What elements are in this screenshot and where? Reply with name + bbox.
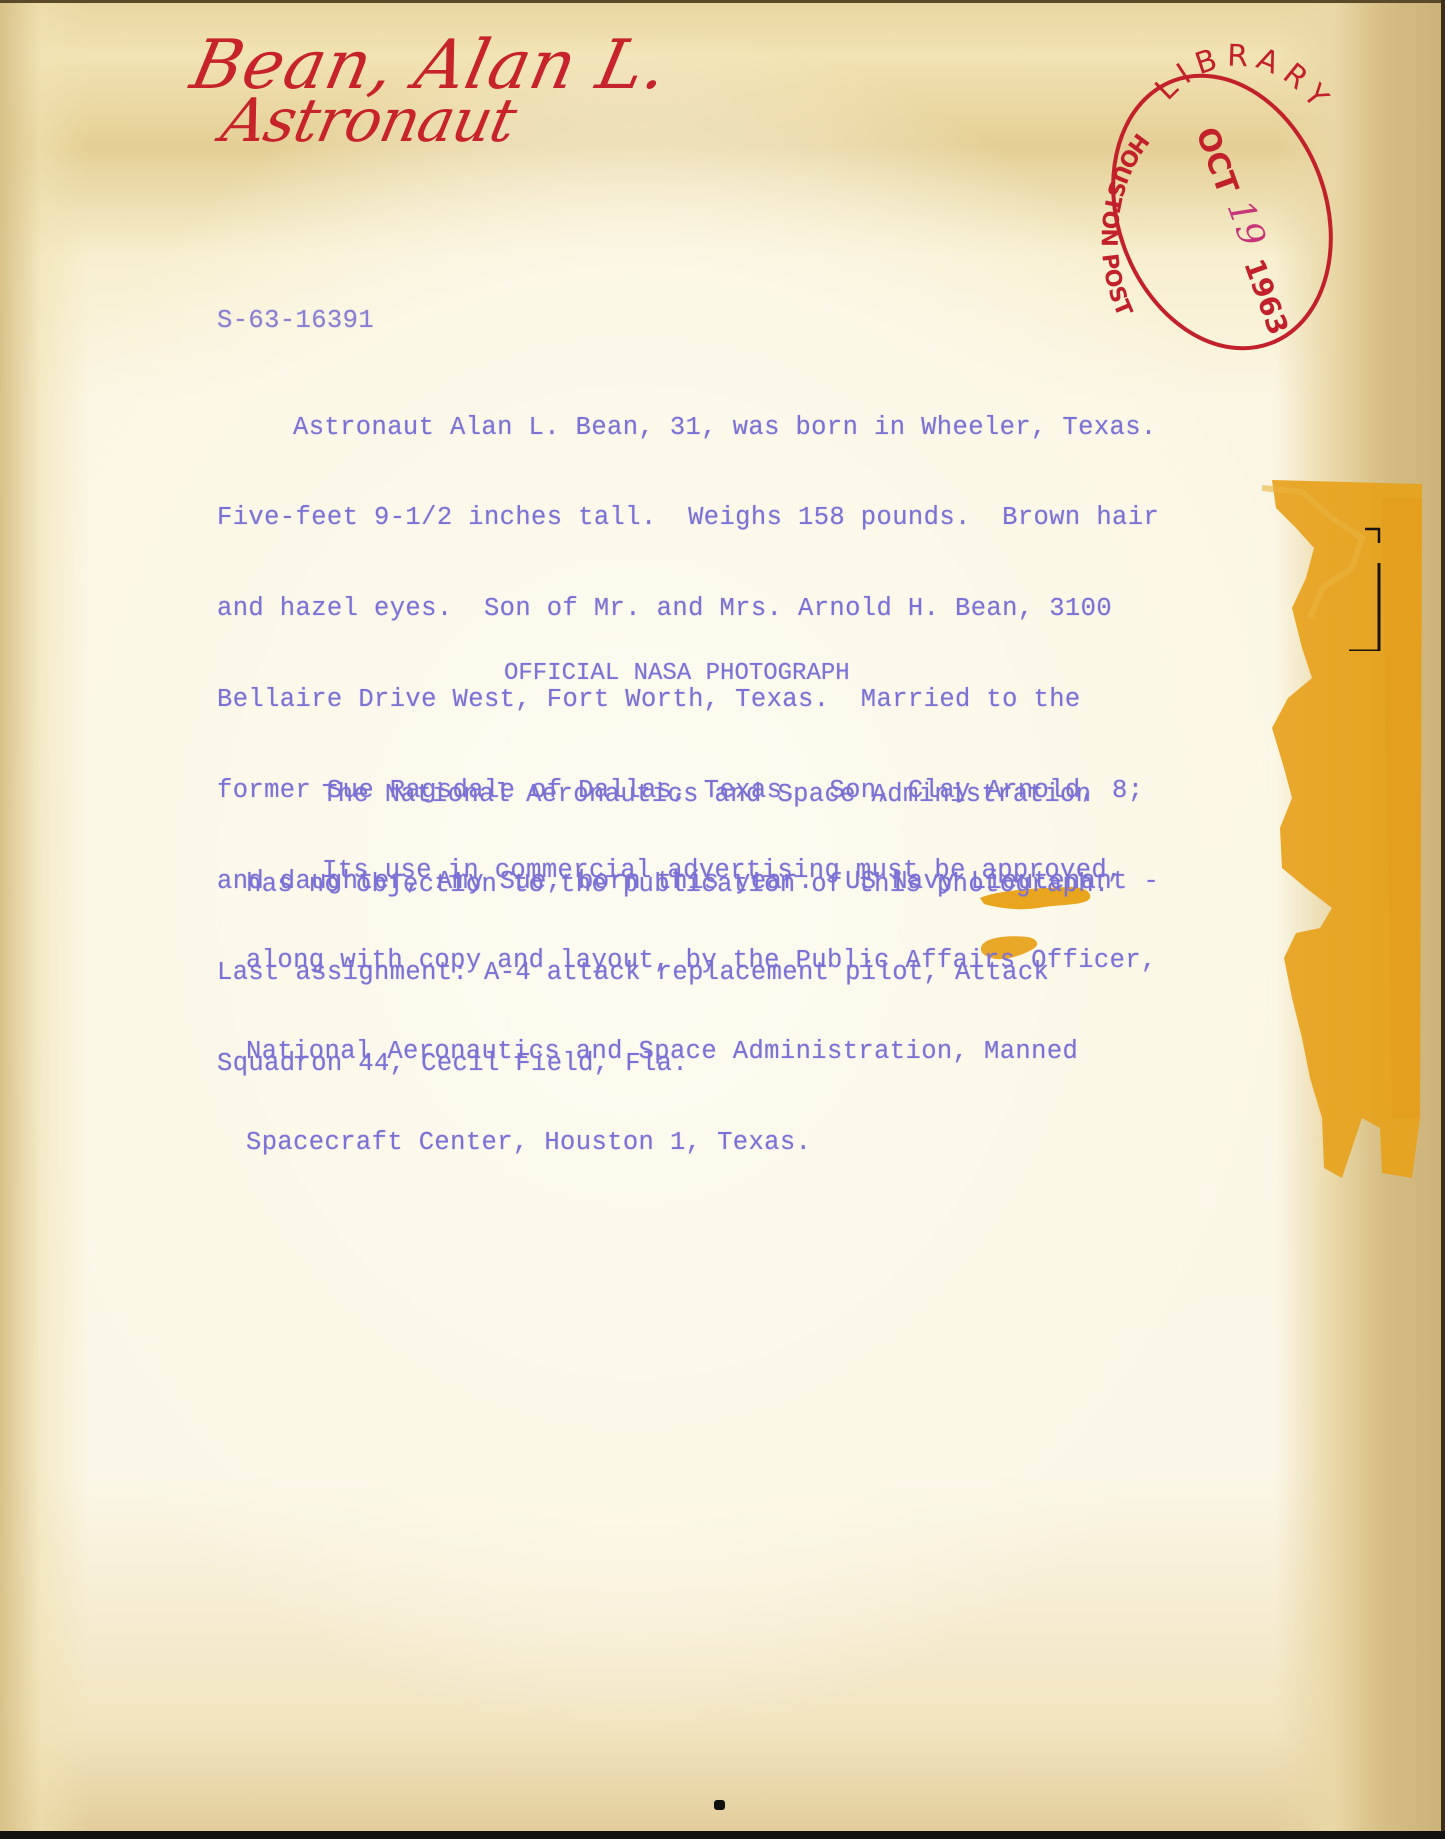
bio-line: and hazel eyes. Son of Mr. and Mrs. Arno… xyxy=(217,594,1159,624)
paper-aging-left-edge xyxy=(0,0,90,1839)
photo-reference-number: S-63-16391 xyxy=(217,306,374,336)
stamp-day: 19 xyxy=(1219,195,1273,252)
stamp-month: OCT xyxy=(1188,123,1244,199)
notice-line: along with copy and layout, by the Publi… xyxy=(246,946,1157,976)
notice-paragraph: Its use in commercial advertising must b… xyxy=(246,795,1157,1189)
notice-line: National Aeronautics and Space Administr… xyxy=(246,1037,1157,1067)
notice-title: OFFICIAL NASA PHOTOGRAPH xyxy=(504,659,850,689)
crop-mark xyxy=(1345,523,1381,651)
library-date-stamp: LIBRARY HOUSTON POST OCT 19 1963 xyxy=(1108,62,1336,362)
handwritten-title: Astronaut xyxy=(216,86,522,156)
notice-line: Spacecraft Center, Houston 1, Texas. xyxy=(246,1128,1157,1158)
bio-line: Bellaire Drive West, Fort Worth, Texas. … xyxy=(217,685,1159,715)
stamp-year: 1963 xyxy=(1237,255,1295,340)
scan-border-right xyxy=(1441,0,1445,1839)
notice-line: Its use in commercial advertising must b… xyxy=(246,856,1157,886)
bio-line: Five-feet 9-1/2 inches tall. Weighs 158 … xyxy=(217,503,1159,533)
punch-mark xyxy=(714,1800,725,1810)
bio-line: Astronaut Alan L. Bean, 31, was born in … xyxy=(217,413,1159,443)
scan-border-top xyxy=(0,0,1445,3)
scan-border-bottom xyxy=(0,1831,1445,1839)
